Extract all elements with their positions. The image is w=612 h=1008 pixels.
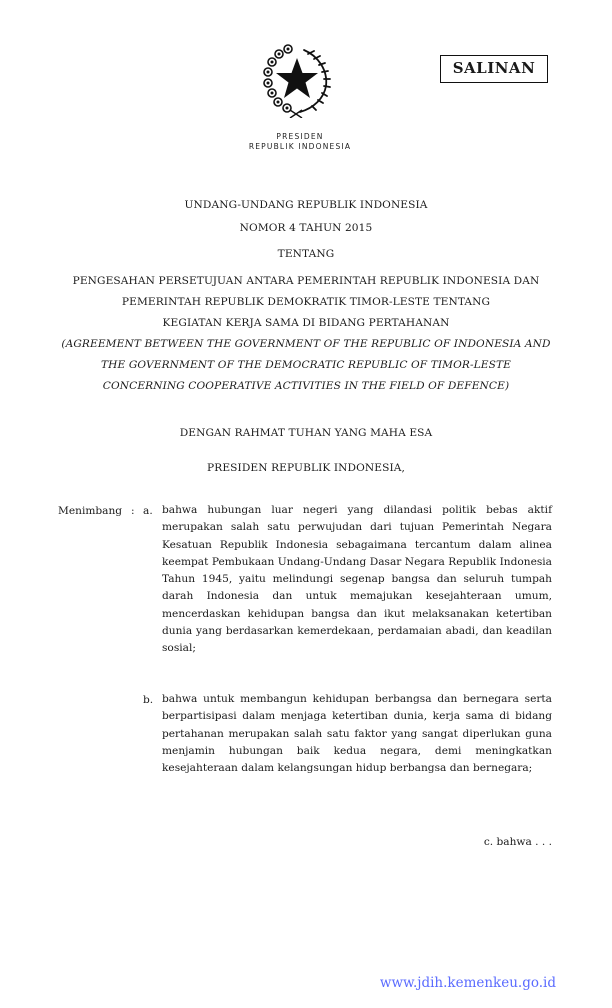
law-number: NOMOR 4 TAHUN 2015 [40, 222, 572, 234]
item-letter-b: b. [143, 694, 153, 706]
considering-item-b: bahwa untuk membangun kehidupan berbangs… [162, 691, 552, 777]
jdih-website-link[interactable]: www.jdih.kemenkeu.go.id [300, 975, 556, 991]
considering-separator: : [131, 505, 135, 517]
english-title-line: (AGREEMENT BETWEEN THE GOVERNMENT OF THE… [40, 338, 572, 350]
law-type: UNDANG-UNDANG REPUBLIK INDONESIA [40, 199, 572, 211]
considering-label: Menimbang [58, 505, 122, 517]
about-heading: TENTANG [40, 248, 572, 260]
item-letter-a: a. [143, 505, 153, 517]
salinan-stamp: SALINAN [440, 55, 548, 83]
subject-line: PEMERINTAH REPUBLIK DEMOKRATIK TIMOR-LES… [40, 296, 572, 308]
subject-line: PENGESAHAN PERSETUJUAN ANTARA PEMERINTAH… [40, 275, 572, 287]
emblem-caption-presiden: PRESIDEN [200, 132, 400, 141]
continuation-marker: c. bahwa . . . [430, 836, 552, 848]
english-title-line: THE GOVERNMENT OF THE DEMOCRATIC REPUBLI… [40, 359, 572, 371]
document-page: PRESIDEN REPUBLIK INDONESIA SALINAN UNDA… [0, 0, 612, 1008]
subject-line: KEGIATAN KERJA SAMA DI BIDANG PERTAHANAN [40, 317, 572, 329]
president-heading: PRESIDEN REPUBLIK INDONESIA, [40, 462, 572, 474]
emblem-caption-republik: REPUBLIK INDONESIA [200, 142, 400, 151]
garuda-star-emblem-icon [258, 40, 336, 118]
considering-item-a: bahwa hubungan luar negeri yang dilandas… [162, 502, 552, 658]
english-title-line: CONCERNING COOPERATIVE ACTIVITIES IN THE… [40, 380, 572, 392]
grace-statement: DENGAN RAHMAT TUHAN YANG MAHA ESA [40, 427, 572, 439]
